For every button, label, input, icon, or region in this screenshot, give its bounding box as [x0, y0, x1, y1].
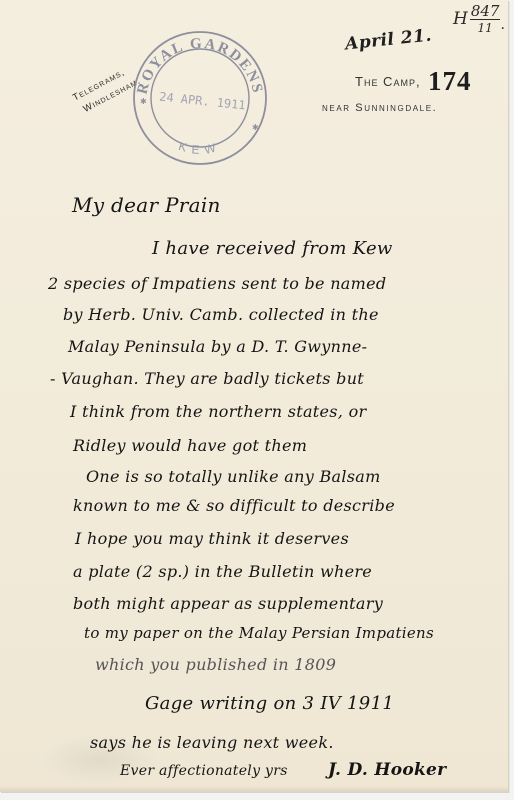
- archive-reference: H84711.: [453, 4, 505, 34]
- body-line-10: I hope you may think it deserves: [75, 529, 349, 548]
- letterhead-address-line2: near Sunningdale.: [322, 102, 437, 114]
- archive-sub: 11: [470, 22, 501, 34]
- closing: Ever affectionately yrs: [120, 763, 288, 779]
- body-line-11: a plate (2 sp.) in the Bulletin where: [73, 562, 372, 581]
- handwritten-date: April 21.: [344, 26, 433, 55]
- letterhead-address-line1: The Camp,: [355, 74, 421, 89]
- stamp-top-text: ROYAL GARDENS: [134, 36, 265, 96]
- body-line-1: I have received from Kew: [152, 238, 393, 259]
- letterhead-number-stamp: 174: [428, 66, 472, 97]
- stamp-bottom-text: KEW: [177, 139, 223, 157]
- body-line-12: both might appear as supplementary: [73, 594, 383, 613]
- body-line-3: by Herb. Univ. Camb. collected in the: [63, 305, 379, 324]
- archive-prefix: H: [453, 11, 468, 28]
- body-line-4: Malay Peninsula by a D. T. Gwynne-: [68, 337, 367, 356]
- signature: J. D. Hooker: [328, 760, 446, 780]
- body-line-7: Ridley would have got them: [73, 436, 307, 455]
- letter-paper: H84711. April 21. The Camp, 174 near Sun…: [0, 0, 508, 792]
- body-line-14: which you published in 1809: [95, 655, 336, 674]
- body-line-8: One is so totally unlike any Balsam: [86, 467, 381, 486]
- body-line-5: - Vaughan. They are badly tickets but: [50, 369, 364, 388]
- body-line-15: Gage writing on 3 IV 1911: [145, 693, 394, 714]
- body-line-2: 2 species of Impatiens sent to be named: [48, 274, 386, 293]
- stamp-star-right-icon: ✱: [252, 123, 259, 132]
- body-line-13: to my paper on the Malay Persian Impatie…: [84, 624, 434, 642]
- salutation: My dear Prain: [72, 193, 221, 217]
- stamp-date: 24 APR. 1911: [159, 90, 247, 113]
- body-line-6: I think from the northern states, or: [70, 402, 366, 421]
- body-line-9: known to me & so difficult to describe: [73, 496, 395, 515]
- stamp-star-left-icon: ✱: [140, 97, 147, 106]
- archive-number: 847: [470, 4, 501, 20]
- archive-suffix: .: [500, 18, 504, 32]
- kew-receipt-stamp: ROYAL GARDENS KEW 24 APR. 1911 ✱ ✱: [130, 28, 270, 168]
- body-line-16: says he is leaving next week.: [90, 733, 334, 752]
